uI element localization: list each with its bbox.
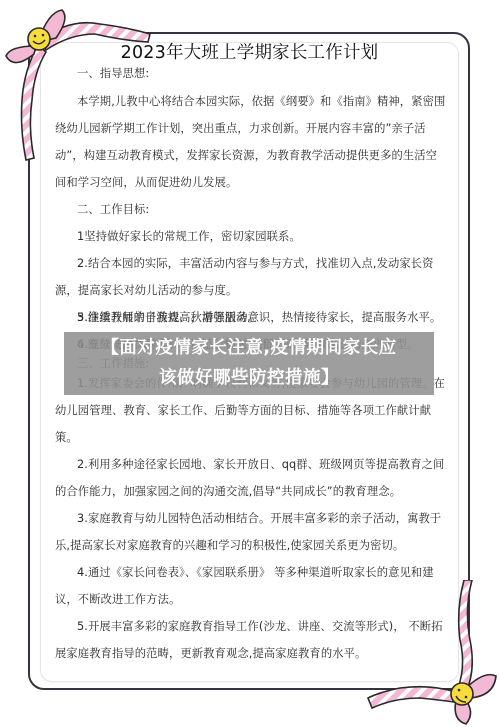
paragraph-line: 4.通过《家长问卷表》、《家园联系册》 等多种渠道听取家长的意见和建 xyxy=(77,566,434,580)
ribbon-bow-top-left-icon xyxy=(0,0,160,170)
paragraph-line: 源，提高家长对幼儿活动的参与度。 xyxy=(55,284,237,298)
paragraph-line: 2.利用多种途径家长园地、家长开放日、qq群、班级网页等提高教育之间 xyxy=(77,458,444,472)
paragraph-line: 议，不断改进工作方法。 xyxy=(55,593,180,607)
paragraph-line: 间和学习空间，从而促进幼儿发展。 xyxy=(55,176,237,190)
paragraph-line: 乐,提高家长对家庭教育的兴趣和学习的积极性,使家园关系更为密切。 xyxy=(55,539,404,553)
headline-banner-text[interactable]: 【面对疫情家长注意,疫情期间家长应 该做好哪些防控措施】 xyxy=(64,333,434,393)
paragraph-line: 2.结合本园的实际，丰富活动内容与参与方式，找准切入点,发动家长资 xyxy=(77,257,434,271)
paragraph-line: 幼儿园管理、教育、家长工作、后勤等方面的目标、措施等各项工作献计献 xyxy=(55,404,431,418)
paragraph-line: 5.继续开展亲子游戏、秋游等活动。 xyxy=(77,311,259,325)
paragraph-line: 1坚持做好家长的常规工作，密切家园联系。 xyxy=(77,230,301,244)
paragraph-line: 策。 xyxy=(55,431,78,445)
paragraph-line: 3.家庭教育与幼儿园特色活动相结合。开展丰富多彩的亲子活动，寓教于 xyxy=(77,512,441,526)
paragraph-line: 的合作能力，加强家园之间的沟通交流,倡导“共同成长”的教育理念。 xyxy=(55,485,401,499)
headline-line-1: 【面对疫情家长注意,疫情期间家长应 xyxy=(64,333,434,363)
ribbon-bow-bottom-right-icon xyxy=(360,580,500,727)
headline-line-2: 该做好哪些防控措施】 xyxy=(64,363,434,393)
paragraph-line: 展家庭教育指导的范畴，更新教育观念,提高家庭教育的水平。 xyxy=(55,647,366,661)
heading-work-goals: 二、工作目标: xyxy=(77,203,149,217)
